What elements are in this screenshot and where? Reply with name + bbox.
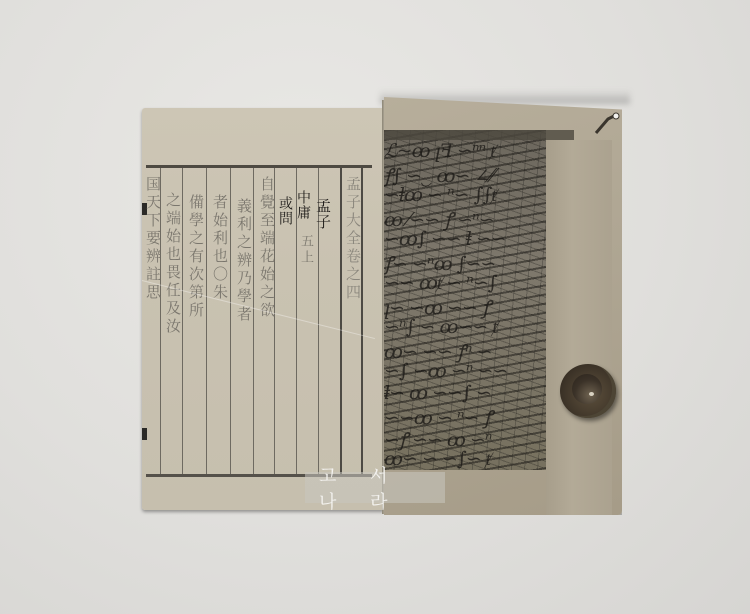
cover-flap [546, 140, 612, 515]
watermark-text: 고 서 나 라 [305, 462, 445, 514]
volume-title-column: 孟子大全卷之四 [344, 176, 362, 302]
text-column: 自覺至端花始之欲 [258, 176, 276, 320]
clasp-button-center [572, 374, 602, 404]
watermark: 고 서 나 라 [305, 472, 445, 503]
scribble-line: ∽∫ ∽ꝏ ∽ⁿ ∽∽ [384, 360, 546, 382]
corner-tie-icon [594, 111, 620, 137]
text-column: 者始利也〇朱 [211, 194, 229, 302]
cover-top-band [384, 130, 574, 140]
column-rule [253, 168, 254, 474]
small-mark: 五上 [296, 234, 314, 266]
column-rule [182, 168, 183, 474]
column-rule [206, 168, 207, 474]
text-column: 之端始也畏任及汝 [164, 192, 182, 336]
handwritten-huowen: 或問 [276, 196, 294, 226]
handwritten-zhongyong: 中庸 [294, 190, 312, 220]
column-rule [340, 168, 342, 474]
handwritten-scribble-area: ℒ~ꝏ ꞁꟻ ∽ⁿⁿ ⱦ ꝭ∫ ∽‿ ꝏ∽ ∠⁄⁄ ∽ⱡꝏ ∽ ⁿ∽ ∫∫ⱦ ꝏ… [384, 130, 546, 470]
scribble-line: ∽ⁿ∫ ∽ ꝏ∽∽ ⱦ [384, 316, 546, 339]
text-column: 備學之有次第所 [187, 194, 205, 320]
left-book-page: 孟子大全卷之四 孟子 中庸 或問 五上 自覺至端花始之欲 義利之辨乃學者 者始利… [142, 108, 384, 510]
scribble-line: ℒ~ꝏ ꞁꟻ ∽ⁿⁿ ⱦ [384, 140, 546, 163]
clasp-button-highlight [589, 392, 594, 396]
clasp-button-icon [560, 364, 616, 418]
printed-text-frame: 孟子大全卷之四 孟子 中庸 或問 五上 自覺至端花始之欲 義利之辨乃學者 者始利… [146, 165, 372, 477]
scribble-line: ∽ꝏ∫ ∽∽ ⱡ ∽∽ [384, 228, 546, 250]
column-rule [230, 168, 231, 474]
handwritten-mengzi: 孟子 [314, 198, 332, 230]
scribble-line: ∽∽ ꝏⱦ ∽ ⁿ∽∫ [384, 272, 546, 295]
right-book-cover: ℒ~ꝏ ꞁꟻ ∽ⁿⁿ ⱦ ꝭ∫ ∽‿ ꝏ∽ ∠⁄⁄ ∽ⱡꝏ ∽ ⁿ∽ ∫∫ⱦ ꝏ… [384, 97, 622, 515]
scribble-line: ∽ⱡꝏ ∽ ⁿ∽ ∫∫ⱦ [384, 184, 546, 207]
scribble-line: ⱡ∽ ꝏ ∽∽∫ ∽ [384, 382, 546, 404]
